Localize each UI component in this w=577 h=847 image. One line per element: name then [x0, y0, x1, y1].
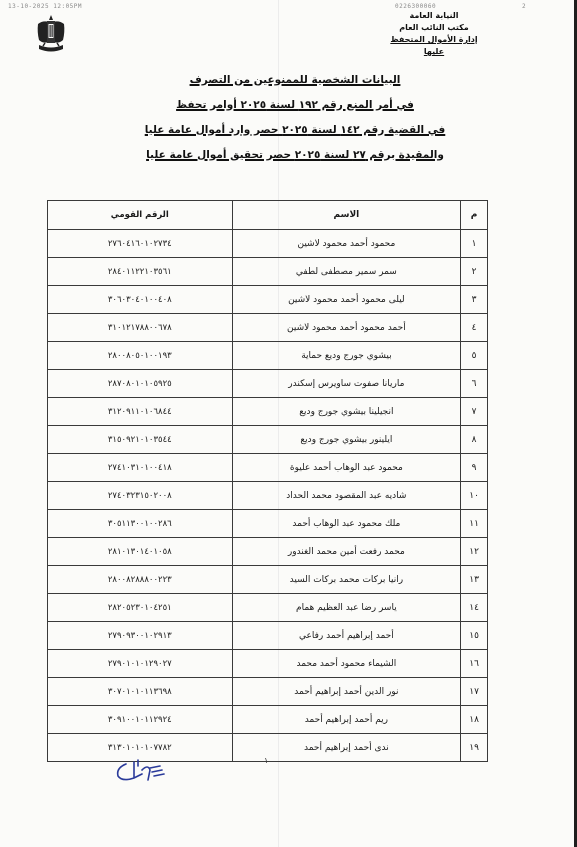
header-serial: م	[461, 201, 488, 230]
row-national-id: ٣١٢٠٩١١٠١٠٦٨٤٤	[48, 398, 233, 426]
row-serial: ١٨	[461, 706, 488, 734]
page-number: ١	[264, 756, 268, 765]
row-national-id: ٢٨٧٠٨٠١٠١٠٥٩٢٥	[48, 370, 233, 398]
table-row: ٢سمر سمير مصطفى لطفي٢٨٤٠١١٢٢١٠٣٥٦١	[48, 258, 488, 286]
row-serial: ١٩	[461, 734, 488, 762]
row-national-id: ٣٠٧٠١٠١٠١١٣٦٩٨	[48, 678, 233, 706]
row-serial: ١٣	[461, 566, 488, 594]
row-serial: ١١	[461, 510, 488, 538]
title-line-1: البيانات الشخصية للممنوعين من التصرف	[190, 74, 401, 86]
row-national-id: ٢٨٠٠٨٢٨٨٨٠٠٢٢٣	[48, 566, 233, 594]
table-row: ١محمود أحمد محمود لاشين٢٧٦٠٤١٦٠١٠٢٧٣٤	[48, 230, 488, 258]
row-serial: ١٠	[461, 482, 488, 510]
table-row: ١٦الشيماء محمود أحمد محمد٢٧٩٠١٠١٠١٢٩٠٢٧	[48, 650, 488, 678]
table-row: ٣ليلى محمود أحمد محمود لاشين٣٠٦٠٣٠٤٠١٠٠٤…	[48, 286, 488, 314]
table-row: ٥بيشوي جورج وديع حماية٢٨٠٠٨٠٥٠١٠٠١٩٣	[48, 342, 488, 370]
row-national-id: ٢٧٩٠٩٣٠٠١٠٢٩١٣	[48, 622, 233, 650]
row-name: ريم أحمد إبراهيم أحمد	[232, 706, 461, 734]
row-national-id: ٢٨٤٠١١٢٢١٠٣٥٦١	[48, 258, 233, 286]
letterhead-line-office: مكتب النائب العام	[389, 22, 479, 34]
row-name: سمر سمير مصطفى لطفي	[232, 258, 461, 286]
row-name: أحمد محمود أحمد محمود لاشين	[232, 314, 461, 342]
row-name: ياسر رضا عبد العظيم همام	[232, 594, 461, 622]
row-national-id: ٣١٠١٢١٧٨٨٠٠٦٧٨	[48, 314, 233, 342]
letterhead-org: النيابة العامة مكتب النائب العام إدارة ا…	[389, 10, 479, 58]
header-national-id: الرقم القومي	[48, 201, 233, 230]
fax-timestamp: 13-10-2025 12:05PM	[8, 3, 82, 10]
row-name: نور الدين أحمد إبراهيم أحمد	[232, 678, 461, 706]
row-name: ماريانا صفوت ساويرس إسكندر	[232, 370, 461, 398]
table-row: ١٣رانيا بركات محمد بركات السيد٢٨٠٠٨٢٨٨٨٠…	[48, 566, 488, 594]
row-serial: ١٧	[461, 678, 488, 706]
row-national-id: ٢٧٩٠١٠١٠١٢٩٠٢٧	[48, 650, 233, 678]
row-national-id: ٢٧٤٠٣٢٣١٥٠٢٠٠٨	[48, 482, 233, 510]
row-national-id: ٣٠٥١١٣٠٠١٠٠٢٨٦	[48, 510, 233, 538]
row-serial: ١	[461, 230, 488, 258]
title-line-4: والمقيدة برقم ٢٧ لسنة ٢٠٢٥ حصر تحقيق أمو…	[146, 149, 444, 161]
row-name: ليلى محمود أحمد محمود لاشين	[232, 286, 461, 314]
letterhead-line-department: إدارة الأموال المتحفظ عليها	[389, 34, 479, 58]
row-serial: ٦	[461, 370, 488, 398]
row-national-id: ٢٧٦٠٤١٦٠١٠٢٧٣٤	[48, 230, 233, 258]
table-row: ١٢محمد رفعت أمين محمد الغندور٢٨١٠١٣٠١٤٠١…	[48, 538, 488, 566]
row-serial: ١٦	[461, 650, 488, 678]
row-serial: ٥	[461, 342, 488, 370]
persons-table: م الاسم الرقم القومي ١محمود أحمد محمود ل…	[47, 200, 488, 762]
row-name: شاديه عبد المقصود محمد الحداد	[232, 482, 461, 510]
row-national-id: ٢٧٤١٠٣١٠١٠٠٤١٨	[48, 454, 233, 482]
table-row: ٦ماريانا صفوت ساويرس إسكندر٢٨٧٠٨٠١٠١٠٥٩٢…	[48, 370, 488, 398]
row-name: انجيلينا بيشوي جورج وديع	[232, 398, 461, 426]
table-row: ١٨ريم أحمد إبراهيم أحمد٣٠٩١٠٠١٠١١٢٩٢٤	[48, 706, 488, 734]
row-national-id: ٢٨٠٠٨٠٥٠١٠٠١٩٣	[48, 342, 233, 370]
row-name: ملك محمود عبد الوهاب أحمد	[232, 510, 461, 538]
table-row: ٧انجيلينا بيشوي جورج وديع٣١٢٠٩١١٠١٠٦٨٤٤	[48, 398, 488, 426]
row-serial: ٣	[461, 286, 488, 314]
row-name: رانيا بركات محمد بركات السيد	[232, 566, 461, 594]
document-title: البيانات الشخصية للممنوعين من التصرف في …	[100, 68, 490, 168]
row-serial: ١٢	[461, 538, 488, 566]
fax-sender-number: 0226300060	[395, 3, 436, 10]
row-serial: ٩	[461, 454, 488, 482]
row-national-id: ٢٨١٠١٣٠١٤٠١٠٥٨	[48, 538, 233, 566]
row-serial: ١٤	[461, 594, 488, 622]
row-name: بيشوي جورج وديع حماية	[232, 342, 461, 370]
table-row: ٤أحمد محمود أحمد محمود لاشين٣١٠١٢١٧٨٨٠٠٦…	[48, 314, 488, 342]
handwritten-signature-icon	[112, 756, 172, 786]
row-serial: ٧	[461, 398, 488, 426]
row-serial: ٤	[461, 314, 488, 342]
table-row: ١٤ياسر رضا عبد العظيم همام٢٨٢٠٥٢٣٠١٠٤٢٥١	[48, 594, 488, 622]
table-row: ١٠شاديه عبد المقصود محمد الحداد٢٧٤٠٣٢٣١٥…	[48, 482, 488, 510]
table-row: ٩محمود عبد الوهاب أحمد عليوة٢٧٤١٠٣١٠١٠٠٤…	[48, 454, 488, 482]
title-line-3: في القضية رقم ١٤٢ لسنة ٢٠٢٥ حصر وارد أمو…	[145, 124, 446, 136]
row-national-id: ٣١٥٠٩٢١٠١٠٣٥٤٤	[48, 426, 233, 454]
row-national-id: ٣٠٩١٠٠١٠١١٢٩٢٤	[48, 706, 233, 734]
row-name: ايلينور بيشوي جورج وديع	[232, 426, 461, 454]
scanned-document-page: 13-10-2025 12:05PM 0226300060 2 النيابة …	[0, 0, 574, 847]
table-row: ١١ملك محمود عبد الوهاب أحمد٣٠٥١١٣٠٠١٠٠٢٨…	[48, 510, 488, 538]
row-name: محمد رفعت أمين محمد الغندور	[232, 538, 461, 566]
title-line-2: في أمر المنع رقم ١٩٢ لسنة ٢٠٢٥ أوامر تحف…	[176, 99, 414, 111]
row-name: الشيماء محمود أحمد محمد	[232, 650, 461, 678]
table-row: ١٧نور الدين أحمد إبراهيم أحمد٣٠٧٠١٠١٠١١٣…	[48, 678, 488, 706]
row-serial: ٢	[461, 258, 488, 286]
row-name: محمود عبد الوهاب أحمد عليوة	[232, 454, 461, 482]
row-serial: ٨	[461, 426, 488, 454]
egypt-eagle-emblem-icon	[35, 12, 67, 54]
row-national-id: ٢٨٢٠٥٢٣٠١٠٤٢٥١	[48, 594, 233, 622]
fax-page-number: 2	[522, 3, 526, 10]
row-national-id: ٣٠٦٠٣٠٤٠١٠٠٤٠٨	[48, 286, 233, 314]
table-row: ١٥أحمد إبراهيم أحمد رفاعي٢٧٩٠٩٣٠٠١٠٢٩١٣	[48, 622, 488, 650]
table-row: ٨ايلينور بيشوي جورج وديع٣١٥٠٩٢١٠١٠٣٥٤٤	[48, 426, 488, 454]
letterhead-line-prosecution: النيابة العامة	[389, 10, 479, 22]
row-name: محمود أحمد محمود لاشين	[232, 230, 461, 258]
table-header-row: م الاسم الرقم القومي	[48, 201, 488, 230]
header-name: الاسم	[232, 201, 461, 230]
row-name: أحمد إبراهيم أحمد رفاعي	[232, 622, 461, 650]
row-serial: ١٥	[461, 622, 488, 650]
